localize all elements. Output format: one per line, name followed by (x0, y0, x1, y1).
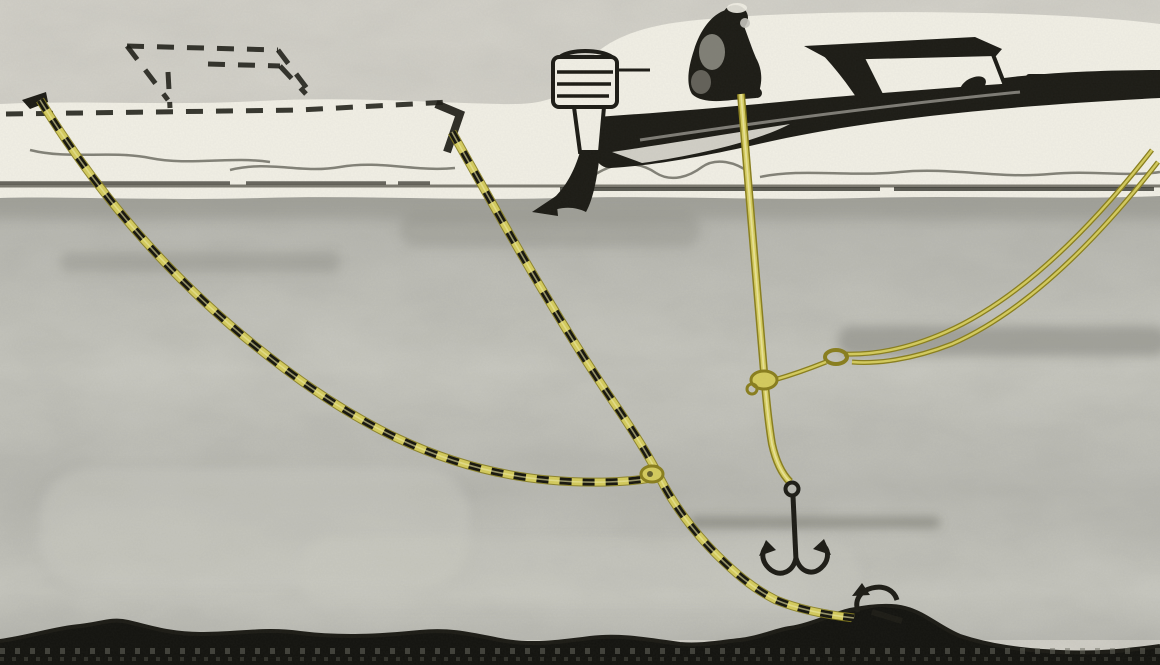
illustration-canvas (0, 0, 1160, 665)
anchoring-illustration (0, 0, 1160, 665)
paper-grain (0, 0, 1160, 665)
